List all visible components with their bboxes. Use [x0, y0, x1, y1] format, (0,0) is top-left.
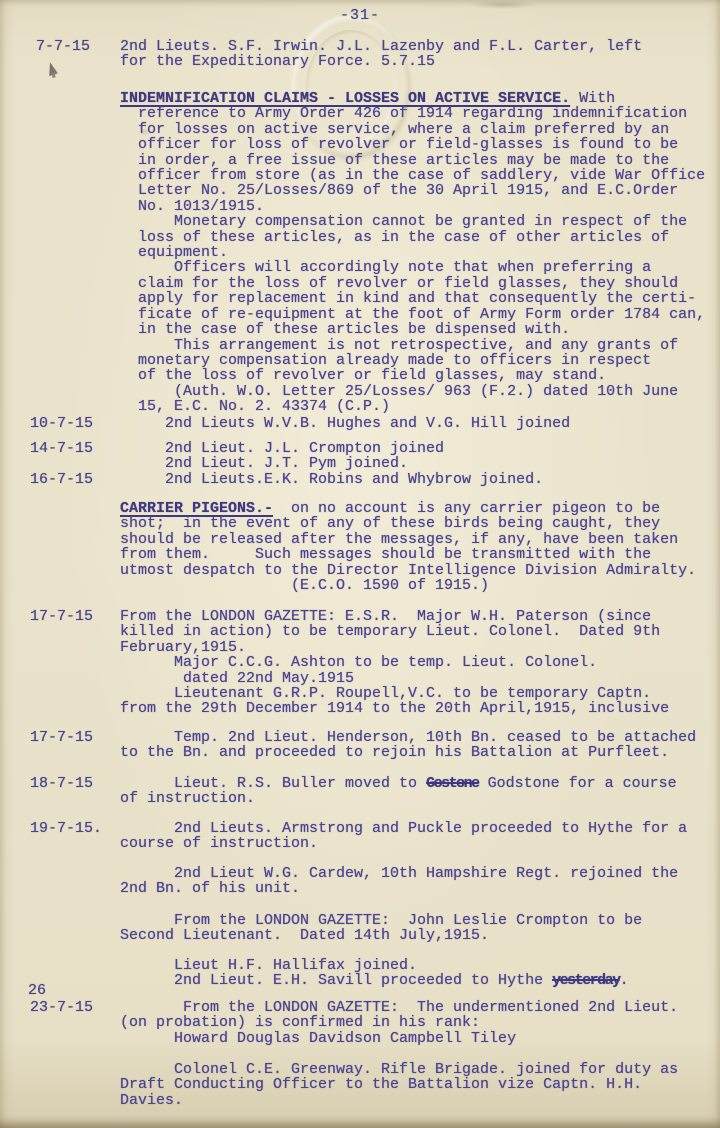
entry-body: shot; in the event of any of these birds…: [120, 515, 696, 594]
entry-date: 14-7-15: [30, 441, 93, 456]
entry-text: Lieut. R.S. Buller moved to Gostone Gods…: [120, 776, 677, 807]
entry-date: 10-7-15: [30, 416, 93, 431]
scanned-document-page: -31- 7-7-15 2nd Lieuts. S.F. Irwin. J.L.…: [0, 0, 720, 1128]
entry-text: 2nd Lieut W.G. Cardew, 10th Hampshire Re…: [120, 866, 678, 897]
text-before-correction: Lieut H.F. Hallifax joined. 2nd Lieut. E…: [120, 957, 552, 989]
pen-mark: [45, 61, 58, 76]
entry-date: 23-7-15: [30, 1000, 93, 1015]
entry-text: 2nd Lieuts W.V.B. Hughes and V.G. Hill j…: [120, 416, 570, 431]
entry-text: Lieut H.F. Hallifax joined. 2nd Lieut. E…: [120, 958, 629, 989]
entry-text: From the LONDON GAZETTE: E.S.R. Major W.…: [120, 609, 669, 717]
text-after-correction: .: [620, 972, 629, 989]
entry-date: 17-7-15: [30, 609, 93, 624]
entry-text: Temp. 2nd Lieut. Henderson, 10th Bn. cea…: [120, 730, 696, 761]
struck-out-word: yesterday: [552, 972, 620, 989]
entry-text: 2nd Lieut. J.L. Crompton joined 2nd Lieu…: [120, 441, 444, 472]
entry-body: reference to Army Order 426 of 1914 rega…: [120, 105, 705, 415]
entry-date: 16-7-15: [30, 472, 93, 487]
entry-text: From the LONDON GAZETTE: The undermentio…: [120, 1000, 678, 1046]
entry-carrier-pigeons: CARRIER PIGEONS.- on no account is any c…: [120, 501, 696, 593]
entry-date: 7-7-15: [36, 39, 90, 54]
entry-date: 17-7-15: [30, 730, 93, 745]
entry-date-note: 26: [28, 983, 46, 998]
entry-text: From the LONDON GAZETTE: John Leslie Cro…: [120, 913, 642, 944]
entry-text: 2nd Lieuts. Armstrong and Puckle proceed…: [120, 821, 687, 852]
entry-date: 19-7-15.: [30, 821, 102, 836]
entry-date: 18-7-15: [30, 776, 93, 791]
struck-out-word: Gostone: [426, 775, 479, 792]
entry-indemnification: INDEMNIFICATION CLAIMS - LOSSES ON ACTIV…: [120, 91, 705, 415]
entry-text: 2nd Lieuts.E.K. Robins and Whybrow joine…: [120, 472, 543, 487]
entry-text: 2nd Lieuts. S.F. Irwin. J.L. Lazenby and…: [120, 39, 642, 70]
entry-text: Colonel C.E. Greenway. Rifle Brigade. jo…: [120, 1062, 678, 1108]
page-number: -31-: [0, 8, 720, 23]
